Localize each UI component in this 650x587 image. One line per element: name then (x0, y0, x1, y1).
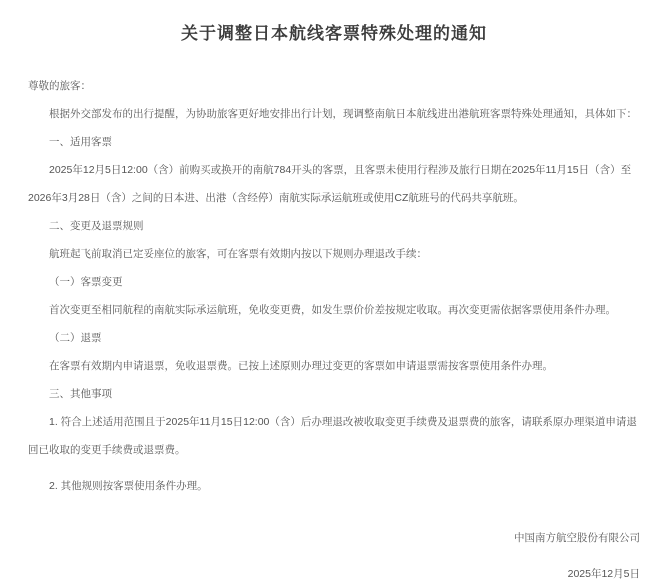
section-2-sub-1-heading: （一）客票变更 (28, 268, 640, 296)
section-3-item-2: 2. 其他规则按客票使用条件办理。 (28, 472, 640, 500)
signature-company: 中国南方航空股份有限公司 (28, 524, 640, 552)
section-3-item-1: 1. 符合上述适用范围且于2025年11月15日12:00（含）后办理退改被收取… (28, 408, 640, 464)
intro-paragraph: 根据外交部发布的出行提醒，为协助旅客更好地安排出行计划，现调整南航日本航线进出港… (28, 100, 640, 128)
signature-date: 2025年12月5日 (28, 560, 640, 587)
signature-block: 中国南方航空股份有限公司 2025年12月5日 (28, 524, 640, 587)
section-1-body: 2025年12月5日12:00（含）前购买或换开的南航784开头的客票，且客票未… (28, 156, 640, 212)
section-3-heading: 三、其他事项 (28, 380, 640, 408)
notice-document: 关于调整日本航线客票特殊处理的通知 尊敬的旅客： 根据外交部发布的出行提醒，为协… (0, 0, 650, 587)
section-2-heading: 二、变更及退票规则 (28, 212, 640, 240)
page-title: 关于调整日本航线客票特殊处理的通知 (28, 22, 640, 46)
section-2-intro: 航班起飞前取消已定妥座位的旅客，可在客票有效期内按以下规则办理退改手续： (28, 240, 640, 268)
section-1-heading: 一、适用客票 (28, 128, 640, 156)
salutation: 尊敬的旅客： (28, 72, 640, 100)
section-2-sub-2-heading: （二）退票 (28, 324, 640, 352)
section-2-sub-1-body: 首次变更至相同航程的南航实际承运航班，免收变更费，如发生票价价差按规定收取。再次… (28, 296, 640, 324)
notice-body: 尊敬的旅客： 根据外交部发布的出行提醒，为协助旅客更好地安排出行计划，现调整南航… (28, 72, 640, 500)
section-2-sub-2-body: 在客票有效期内申请退票，免收退票费。已按上述原则办理过变更的客票如申请退票需按客… (28, 352, 640, 380)
